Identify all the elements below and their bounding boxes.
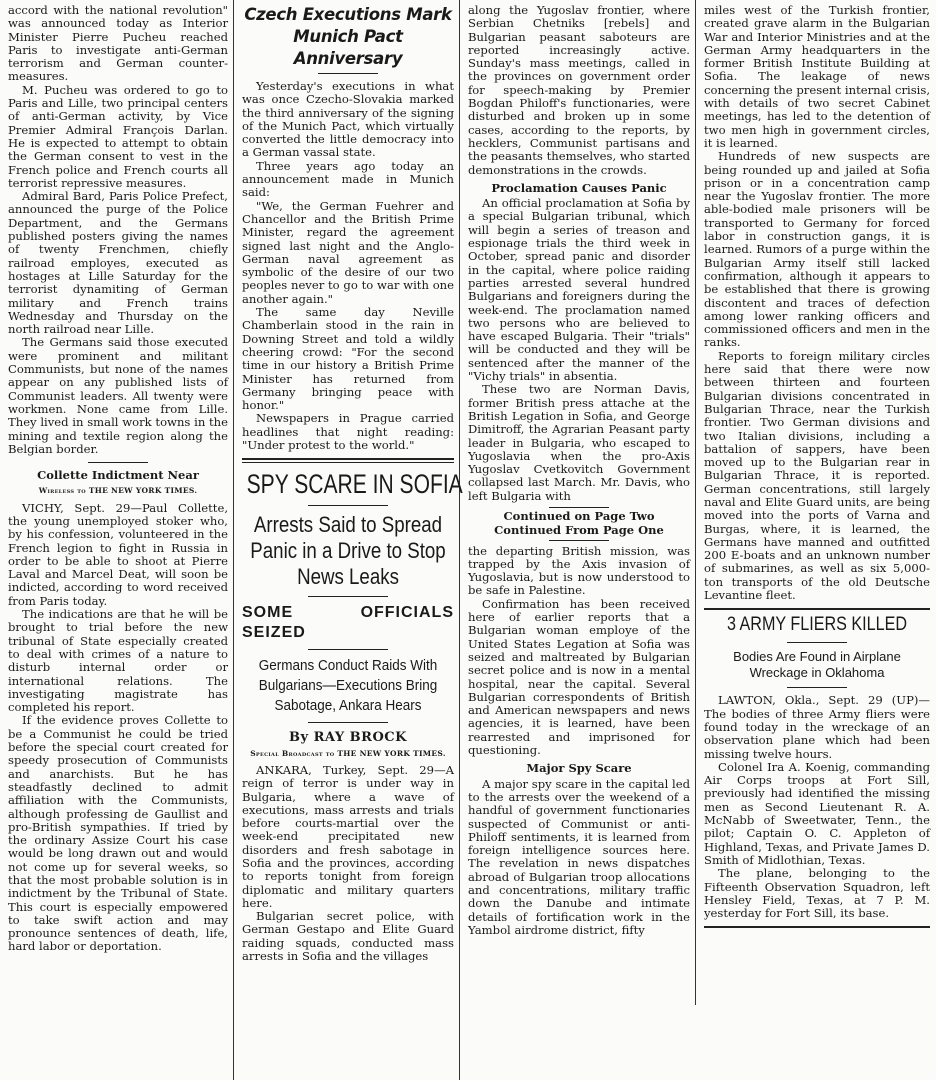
article-paragraph: The indications are that he will be brou…	[8, 608, 228, 714]
article-paragraph: The Germans said those executed were pro…	[8, 336, 228, 456]
column-1: accord with the national revolution" was…	[0, 0, 234, 954]
article-paragraph: An official proclamation at Sofia by a s…	[468, 197, 690, 383]
headline-caps-deck: SOME OFFICIALS SEIZED	[242, 603, 454, 643]
article-paragraph: Reports to foreign military circles here…	[704, 350, 930, 603]
byline: By RAY BROCK	[242, 731, 454, 744]
dateline-paragraph: ANKARA, Turkey, Sept. 29—A reign of terr…	[242, 764, 454, 910]
headline-rule	[308, 596, 388, 597]
headline-rule	[787, 687, 847, 688]
article-paragraph: Three years ago today an announcement ma…	[242, 160, 454, 200]
section-rule	[704, 608, 930, 610]
article-paragraph: Newspapers in Prague carried headlines t…	[242, 412, 454, 452]
article-paragraph: accord with the national revolution" was…	[8, 4, 228, 84]
headline-subdeck: Germans Conduct Raids With Bulgarians—Ex…	[244, 656, 453, 716]
article-paragraph: Confirmation has been received here of e…	[468, 598, 690, 758]
article-paragraph: Yesterday's executions in what was once …	[242, 80, 454, 160]
article-paragraph: A major spy scare in the capital led to …	[468, 778, 690, 938]
article-paragraph: Admiral Bard, Paris Police Prefect, anno…	[8, 190, 228, 336]
section-rule	[88, 462, 148, 463]
headline-rule	[318, 73, 378, 74]
column-4: miles west of the Turkish frontier, crea…	[696, 0, 936, 932]
wire-credit: Special Broadcast to THE NEW YORK TIMES.	[242, 747, 454, 760]
article-paragraph: These two are Norman Davis, former Briti…	[468, 383, 690, 503]
headline-deck: Arrests Said to Spread Panic in a Drive …	[244, 512, 451, 590]
dateline-paragraph: LAWTON, Okla., Sept. 29 (UP)—The bodies …	[704, 694, 930, 760]
column-2: Czech Executions Mark Munich Pact Annive…	[234, 0, 460, 963]
article-paragraph: "We, the German Fuehrer and Chancellor a…	[242, 200, 454, 306]
article-paragraph: Hundreds of new suspects are being round…	[704, 150, 930, 349]
jump-rule	[549, 540, 609, 541]
subheading: Proclamation Causes Panic	[468, 182, 690, 195]
fliers-headline: 3 ARMY FLIERS KILLED	[711, 614, 924, 636]
article-paragraph: along the Yugoslav frontier, where Serbi…	[468, 4, 690, 177]
section-rule	[242, 458, 454, 463]
jump-line-to: Continued on Page Two	[468, 510, 690, 523]
jump-rule	[549, 507, 609, 508]
subheading: Collette Indictment Near	[8, 469, 228, 482]
dateline-paragraph: VICHY, Sept. 29—Paul Collette, the young…	[8, 502, 228, 608]
fliers-deck: Bodies Are Found in Airplane Wreckage in…	[704, 649, 930, 681]
column-3: along the Yugoslav frontier, where Serbi…	[460, 0, 696, 937]
wire-credit: Wireless to THE NEW YORK TIMES.	[8, 484, 228, 497]
headline-rule	[308, 505, 388, 506]
article-paragraph: the departing British mission, was trapp…	[468, 545, 690, 598]
newspaper-page: accord with the national revolution" was…	[0, 0, 936, 1080]
article-paragraph: If the evidence proves Collette to be a …	[8, 714, 228, 953]
section-rule	[704, 926, 930, 928]
main-headline: SPY SCARE IN SOFIA	[247, 469, 450, 499]
article-paragraph: Bulgarian secret police, with German Ges…	[242, 910, 454, 963]
article-paragraph: The same day Neville Chamberlain stood i…	[242, 306, 454, 412]
article-paragraph: miles west of the Turkish frontier, crea…	[704, 4, 930, 150]
czech-headline: Czech Executions Mark Munich Pact Annive…	[242, 4, 454, 70]
article-paragraph: Colonel Ira A. Koenig, commanding Air Co…	[704, 761, 930, 867]
article-paragraph: The plane, belonging to the Fifteenth Ob…	[704, 867, 930, 920]
article-paragraph: M. Pucheu was ordered to go to Paris and…	[8, 84, 228, 190]
headline-rule	[787, 642, 847, 643]
subheading: Major Spy Scare	[468, 762, 690, 775]
headline-rule	[308, 649, 388, 650]
headline-rule	[308, 722, 388, 723]
jump-line-from: Continued From Page One	[468, 524, 690, 537]
